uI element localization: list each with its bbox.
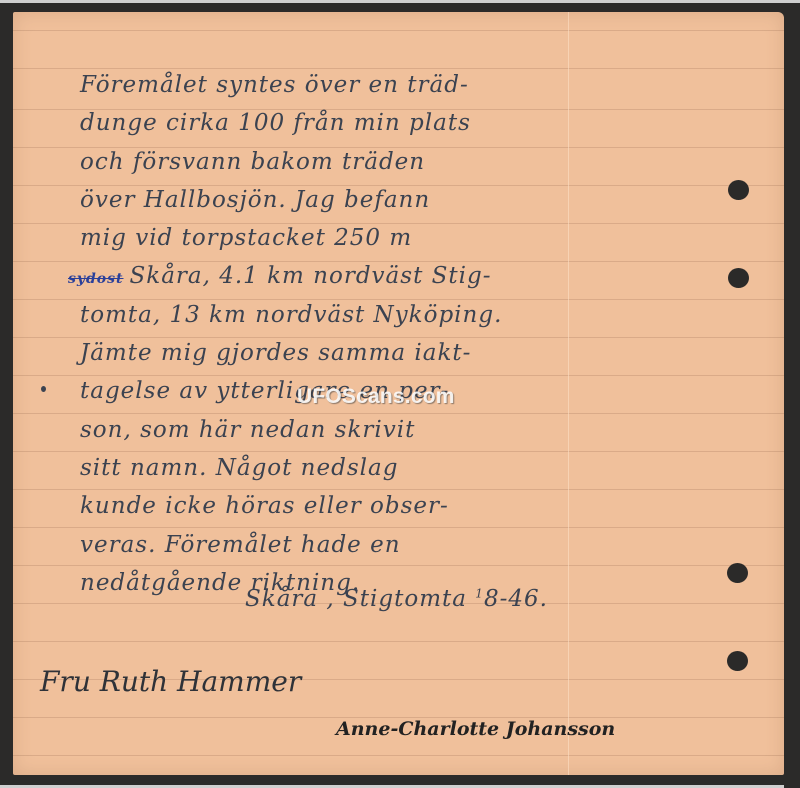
watermark: UFOScans.com (297, 385, 455, 409)
body-line: över Hallbosjön. Jag befann (80, 181, 580, 219)
body-line: dunge cirka 100 från min plats (80, 104, 580, 142)
signature-ruth-hammer: Fru Ruth Hammer (40, 665, 301, 698)
scan-top-edge (0, 0, 800, 3)
body-line: Jämte mig gjordes samma iakt- (80, 334, 580, 372)
body-line: veras. Föremålet hade en (80, 526, 580, 564)
date-day: 1 (475, 586, 484, 600)
body-line: mig vid torpstacket 250 m (80, 219, 580, 257)
blue-ink-correction: sydost (68, 271, 124, 287)
place: Skåra , Stigtomta (245, 586, 467, 612)
letter-body: Föremålet syntes över en träd- dunge cir… (80, 66, 580, 602)
body-line: tomta, 13 km nordväst Nyköping. (80, 296, 580, 334)
ink-blot (41, 386, 46, 392)
body-line-with-correction: sydostSkåra, 4.1 km nordväst Stig- (80, 257, 580, 295)
body-line: sitt namn. Något nedslag (80, 449, 580, 487)
date-rest: 8-46. (484, 586, 548, 612)
punch-hole-icon (727, 563, 748, 583)
punch-hole-icon (728, 180, 749, 200)
body-line-text: Skåra, 4.1 km nordväst Stig- (130, 263, 492, 289)
punch-hole-icon (727, 651, 748, 671)
signature-anne-charlotte-johansson: Anne-Charlotte Johansson (336, 718, 615, 740)
body-line: Föremålet syntes över en träd- (80, 66, 580, 104)
body-line: och försvann bakom träden (80, 143, 580, 181)
scan-right-border (784, 12, 800, 788)
body-line: son, som här nedan skrivit (80, 411, 580, 449)
punch-hole-icon (728, 268, 749, 288)
body-line: kunde icke höras eller obser- (80, 487, 580, 525)
place-and-date: Skåra , Stigtomta 18-46. (245, 586, 548, 612)
